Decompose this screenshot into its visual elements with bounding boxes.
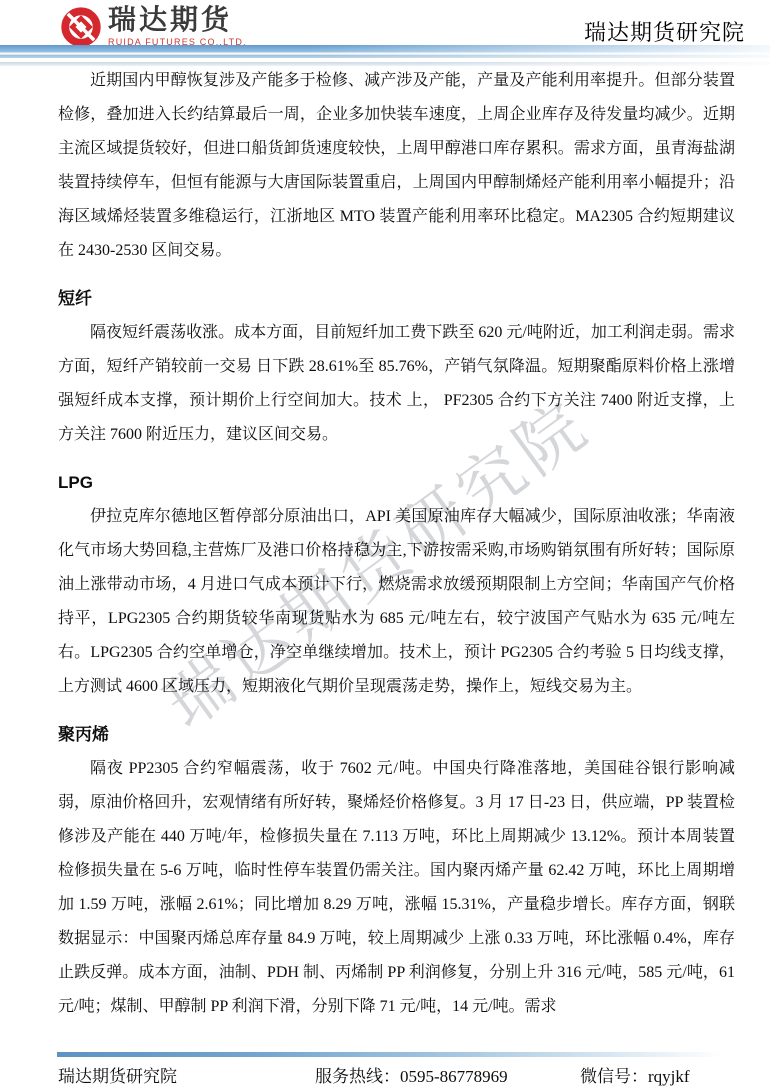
logo-brand-name: 瑞达期货 (108, 4, 247, 36)
ruida-logo-icon (60, 6, 102, 48)
header-gradient-bar (0, 45, 770, 58)
footer-hotline-label: 服务热线： (315, 1067, 400, 1086)
section-heading-polypropylene: 聚丙烯 (58, 718, 735, 752)
footer-hotline-number: 0595-86778969 (400, 1067, 508, 1086)
paragraph-methanol: 近期国内甲醇恢复涉及产能多于检修、减产涉及产能，产量及产能利用率提升。但部分装置… (58, 64, 735, 268)
logo-text: 瑞达期货 RUIDA FUTURES CO.,LTD. (108, 4, 247, 47)
footer: 瑞达期货研究院 服务热线：0595-86778969 微信号：rqyjkf (0, 1062, 770, 1086)
report-page: 瑞达期货 RUIDA FUTURES CO.,LTD. 瑞达期货研究院 瑞达期货… (0, 0, 770, 1090)
footer-hotline: 服务热线：0595-86778969 (315, 1062, 508, 1087)
paragraph-lpg: 伊拉克库尔德地区暂停部分原油出口，API 美国原油库存大幅减少，国际原油收涨；华… (58, 500, 735, 704)
company-logo: 瑞达期货 RUIDA FUTURES CO.,LTD. (60, 4, 247, 48)
section-heading-lpg: LPG (58, 466, 735, 500)
footer-gradient-bar (57, 1052, 737, 1057)
header-institute-title: 瑞达期货研究院 (584, 16, 745, 47)
report-body: 近期国内甲醇恢复涉及产能多于检修、减产涉及产能，产量及产能利用率提升。但部分装置… (58, 64, 735, 1024)
footer-wechat-id: rqyjkf (648, 1067, 690, 1086)
footer-wechat: 微信号：rqyjkf (580, 1062, 690, 1087)
paragraph-short-fiber: 隔夜短纤震荡收涨。成本方面，目前短纤加工费下跌至 620 元/吨附近，加工利润走… (58, 316, 735, 452)
footer-institute-name: 瑞达期货研究院 (58, 1062, 177, 1087)
section-heading-short-fiber: 短纤 (58, 282, 735, 316)
footer-wechat-label: 微信号： (580, 1067, 648, 1086)
paragraph-polypropylene: 隔夜 PP2305 合约窄幅震荡，收于 7602 元/吨。中国央行降准落地，美国… (58, 752, 735, 1024)
